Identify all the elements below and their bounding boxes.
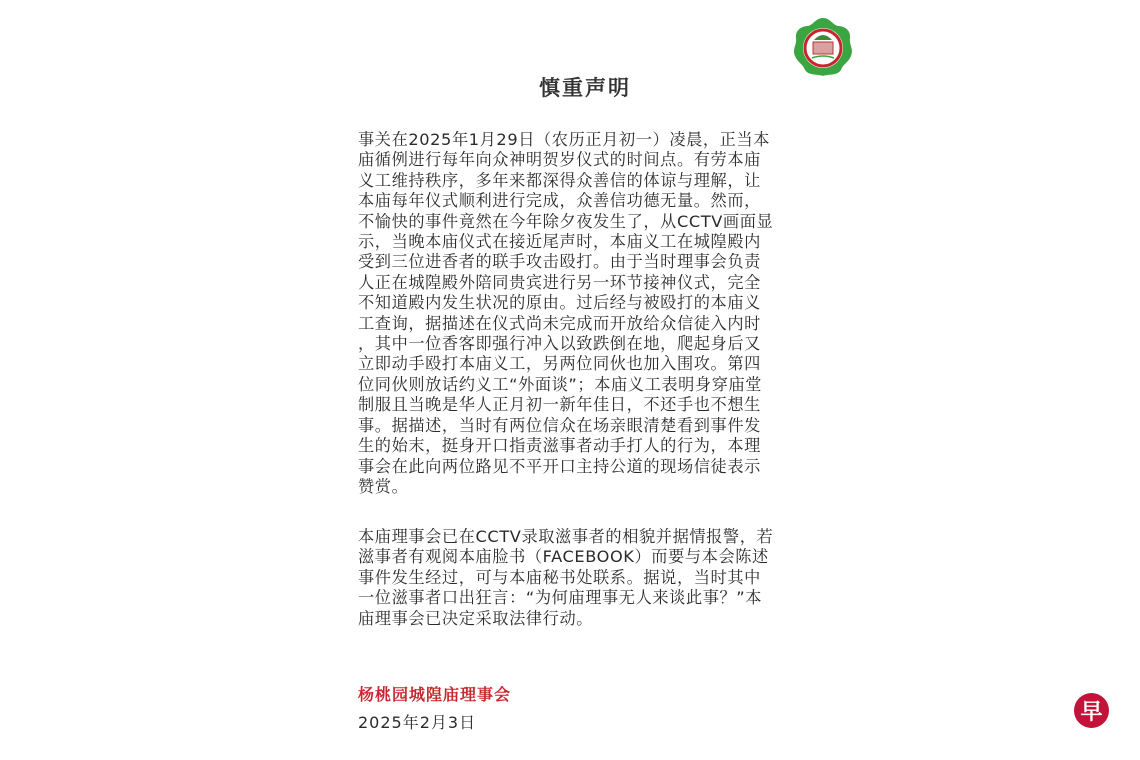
organization-signature: 杨桃园城隍庙理事会 — [358, 682, 511, 705]
text-line: 工查询，据描述在仪式尚未完成而开放给众信徒入内时 — [358, 314, 810, 334]
text-line: 不愉快的事件竟然在今年除夕夜发生了，从CCTV画面显 — [358, 212, 810, 232]
text-line: ，其中一位香客即强行冲入以致跌倒在地，爬起身后又 — [358, 334, 810, 354]
temple-emblem-icon — [792, 16, 854, 78]
zaobao-logo-icon: 早 — [1074, 693, 1109, 728]
text-line: 本庙每年仪式顺利进行完成，众善信功德无量。然而， — [358, 191, 810, 211]
text-line: 事关在2025年1月29日（农历正月初一）凌晨，正当本 — [358, 130, 810, 150]
text-line: 生的始末，挺身开口指责滋事者动手打人的行为，本理 — [358, 436, 810, 456]
text-line: 示，当晚本庙仪式在接近尾声时，本庙义工在城隍殿内 — [358, 232, 810, 252]
page-title: 慎重声明 — [0, 72, 1140, 102]
text-line: 制服且当晚是华人正月初一新年佳日，不还手也不想生 — [358, 395, 810, 415]
text-line: 赞赏。 — [358, 477, 810, 497]
text-line: 事。据描述，当时有两位信众在场亲眼清楚看到事件发 — [358, 416, 810, 436]
statement-paragraph-1: 事关在2025年1月29日（农历正月初一）凌晨，正当本 庙循例进行每年向众神明贺… — [358, 130, 810, 497]
text-line: 滋事者有观阅本庙脸书（FACEBOOK）而要与本会陈述 — [358, 547, 810, 567]
text-line: 庙理事会已决定采取法律行动。 — [358, 609, 810, 629]
statement-paragraph-2: 本庙理事会已在CCTV录取滋事者的相貌并据情报警，若 滋事者有观阅本庙脸书（FA… — [358, 527, 810, 629]
text-line: 庙循例进行每年向众神明贺岁仪式的时间点。有劳本庙 — [358, 150, 810, 170]
text-line: 事会在此向两位路见不平开口主持公道的现场信徒表示 — [358, 457, 810, 477]
text-line: 受到三位进香者的联手攻击殴打。由于当时理事会负责 — [358, 252, 810, 272]
text-line: 义工维持秩序，多年来都深得众善信的体谅与理解，让 — [358, 171, 810, 191]
text-line: 立即动手殴打本庙义工，另两位同伙也加入围攻。第四 — [358, 354, 810, 374]
text-line: 人正在城隍殿外陪同贵宾进行另一环节接神仪式，完全 — [358, 273, 810, 293]
text-line: 一位滋事者口出狂言：“为何庙理事无人来谈此事？”本 — [358, 588, 810, 608]
text-line: 本庙理事会已在CCTV录取滋事者的相貌并据情报警，若 — [358, 527, 810, 547]
text-line: 不知道殿内发生状况的原由。过后经与被殴打的本庙义 — [358, 293, 810, 313]
zaobao-glyph: 早 — [1080, 695, 1102, 726]
statement-date: 2025年2月3日 — [358, 710, 476, 733]
text-line: 位同伙则放话约义工“外面谈”；本庙义工表明身穿庙堂 — [358, 375, 810, 395]
text-line: 事件发生经过，可与本庙秘书处联系。据说，当时其中 — [358, 568, 810, 588]
